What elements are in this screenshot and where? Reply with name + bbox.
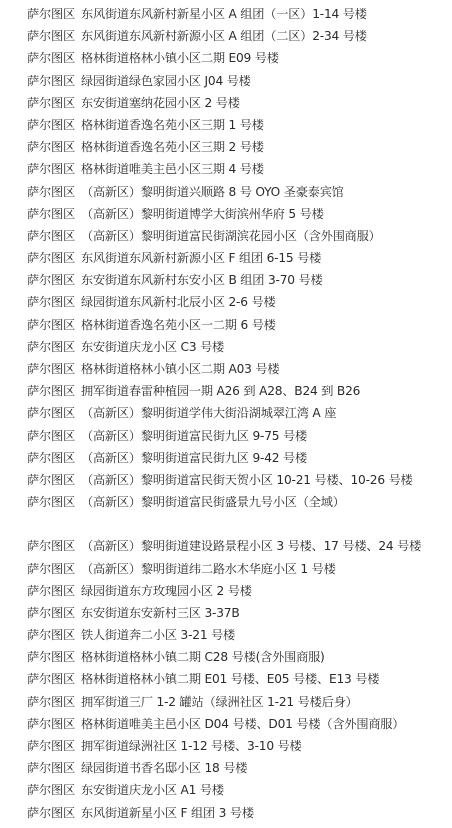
district-label: 萨尔图区 — [27, 251, 75, 265]
district-label: 萨尔图区 — [27, 7, 75, 21]
address-text: 东风街道东风新村新源小区 A 组团（二区）2-34 号楼 — [81, 29, 367, 43]
address-text: 东风街道东风新村新源小区 F 组团 6-15 号楼 — [81, 251, 321, 265]
district-label: 萨尔图区 — [27, 140, 75, 154]
list-item: 萨尔图区格林街道格林小镇二期 E01 号楼、E05 号楼、E13 号楼 — [27, 668, 452, 690]
address-text: 格林街道香逸名苑小区三期 1 号楼 — [81, 118, 264, 132]
address-text: 东风街道东风新村新星小区 A 组团（一区）1-14 号楼 — [81, 7, 367, 21]
list-item: 萨尔图区东风街道东风新村新星小区 A 组团（一区）1-14 号楼 — [27, 3, 452, 25]
district-label: 萨尔图区 — [27, 96, 75, 110]
address-text: 格林街道格林小镇二期 E01 号楼、E05 号楼、E13 号楼 — [81, 672, 379, 686]
address-text: 铁人街道奔二小区 3-21 号楼 — [81, 628, 235, 642]
address-text: 格林街道格林小镇二期 C28 号楼(含外围商服) — [81, 650, 325, 664]
list-item: 萨尔图区东安街道东风新村东安小区 B 组团 3-70 号楼 — [27, 269, 452, 291]
list-item: 萨尔图区绿园街道绿色家园小区 J04 号楼 — [27, 70, 452, 92]
district-label: 萨尔图区 — [27, 606, 75, 620]
address-text: 东安街道东安新村三区 3-37B — [81, 606, 240, 620]
list-item: 萨尔图区东安街道庆龙小区 A1 号楼 — [27, 779, 452, 801]
address-text: （高新区）黎明街道建设路景程小区 3 号楼、17 号楼、24 号楼 — [81, 539, 421, 553]
list-item: 萨尔图区绿园街道东方玫瑰园小区 2 号楼 — [27, 580, 452, 602]
list-item: 萨尔图区绿园街道东风新村北辰小区 2-6 号楼 — [27, 291, 452, 313]
district-label: 萨尔图区 — [27, 406, 75, 420]
list-item: 萨尔图区拥军街道绿洲社区 1-12 号楼、3-10 号楼 — [27, 735, 452, 757]
list-item: 萨尔图区格林街道香逸名苑小区一二期 6 号楼 — [27, 314, 452, 336]
district-label: 萨尔图区 — [27, 739, 75, 753]
list-item: 萨尔图区（高新区）黎明街道富民街湖滨花园小区（含外围商服） — [27, 225, 452, 247]
address-text: 东安街道庆龙小区 C3 号楼 — [81, 340, 224, 354]
address-text: 绿园街道书香名邸小区 18 号楼 — [81, 761, 247, 775]
district-label: 萨尔图区 — [27, 562, 75, 576]
address-text: 绿园街道东方玫瑰园小区 2 号楼 — [81, 584, 252, 598]
address-text: 东安街道东风新村东安小区 B 组团 3-70 号楼 — [81, 273, 323, 287]
district-label: 萨尔图区 — [27, 340, 75, 354]
district-label: 萨尔图区 — [27, 495, 75, 509]
list-item: 萨尔图区（高新区）黎明街道富民街盛景九号小区（全域） — [27, 491, 452, 513]
list-item: 萨尔图区绿园街道书香名邸小区 18 号楼 — [27, 757, 452, 779]
address-text: 拥军街道三厂 1-2 罐站（绿洲社区 1-21 号楼后身） — [81, 695, 358, 709]
list-item: 萨尔图区东风街道东风新村新源小区 F 组团 6-15 号楼 — [27, 247, 452, 269]
address-text: 绿园街道绿色家园小区 J04 号楼 — [81, 74, 251, 88]
list-item: 萨尔图区东安街道庆龙小区 C3 号楼 — [27, 336, 452, 358]
address-group-2: 萨尔图区（高新区）黎明街道建设路景程小区 3 号楼、17 号楼、24 号楼萨尔图… — [27, 535, 452, 823]
list-item: 萨尔图区（高新区）黎明街道富民街天贺小区 10-21 号楼、10-26 号楼 — [27, 469, 452, 491]
district-label: 萨尔图区 — [27, 695, 75, 709]
district-label: 萨尔图区 — [27, 51, 75, 65]
district-label: 萨尔图区 — [27, 229, 75, 243]
district-label: 萨尔图区 — [27, 717, 75, 731]
list-item: 萨尔图区格林街道唯美主邑小区三期 4 号楼 — [27, 158, 452, 180]
list-item: 萨尔图区格林街道香逸名苑小区三期 1 号楼 — [27, 114, 452, 136]
district-label: 萨尔图区 — [27, 273, 75, 287]
district-label: 萨尔图区 — [27, 584, 75, 598]
address-text: （高新区）黎明街道纬二路水木华庭小区 1 号楼 — [81, 562, 336, 576]
list-item: 萨尔图区东风街道新星小区 F 组团 3 号楼 — [27, 802, 452, 824]
list-item: 萨尔图区（高新区）黎明街道博学大街滨州华府 5 号楼 — [27, 203, 452, 225]
list-item: 萨尔图区（高新区）黎明街道富民街九区 9-42 号楼 — [27, 447, 452, 469]
list-item: 萨尔图区（高新区）黎明街道学伟大街沿湖城翠江湾 A 座 — [27, 402, 452, 424]
address-text: 拥军街道绿洲社区 1-12 号楼、3-10 号楼 — [81, 739, 302, 753]
address-text: 东安街道庆龙小区 A1 号楼 — [81, 783, 224, 797]
address-text: 格林街道格林小镇小区二期 E09 号楼 — [81, 51, 279, 65]
list-item: 萨尔图区铁人街道奔二小区 3-21 号楼 — [27, 624, 452, 646]
district-label: 萨尔图区 — [27, 384, 75, 398]
district-label: 萨尔图区 — [27, 806, 75, 820]
address-text: （高新区）黎明街道富民街盛景九号小区（全域） — [81, 495, 345, 509]
address-text: （高新区）黎明街道学伟大街沿湖城翠江湾 A 座 — [81, 406, 336, 420]
district-label: 萨尔图区 — [27, 650, 75, 664]
address-list: 萨尔图区东风街道东风新村新星小区 A 组团（一区）1-14 号楼萨尔图区东风街道… — [27, 3, 452, 824]
group-spacer — [27, 513, 452, 535]
address-text: 格林街道香逸名苑小区一二期 6 号楼 — [81, 318, 276, 332]
district-label: 萨尔图区 — [27, 185, 75, 199]
list-item: 萨尔图区（高新区）黎明街道建设路景程小区 3 号楼、17 号楼、24 号楼 — [27, 535, 452, 557]
district-label: 萨尔图区 — [27, 318, 75, 332]
list-item: 萨尔图区（高新区）黎明街道兴顺路 8 号 OYO 圣豪泰宾馆 — [27, 181, 452, 203]
list-item: 萨尔图区格林街道唯美主邑小区 D04 号楼、D01 号楼（含外围商服） — [27, 713, 452, 735]
address-text: 格林街道香逸名苑小区三期 2 号楼 — [81, 140, 264, 154]
address-text: 格林街道唯美主邑小区三期 4 号楼 — [81, 162, 264, 176]
list-item: 萨尔图区格林街道格林小镇小区二期 A03 号楼 — [27, 358, 452, 380]
district-label: 萨尔图区 — [27, 539, 75, 553]
district-label: 萨尔图区 — [27, 672, 75, 686]
district-label: 萨尔图区 — [27, 628, 75, 642]
list-item: 萨尔图区（高新区）黎明街道纬二路水木华庭小区 1 号楼 — [27, 558, 452, 580]
district-label: 萨尔图区 — [27, 207, 75, 221]
address-text: 东安街道塞纳花园小区 2 号楼 — [81, 96, 240, 110]
district-label: 萨尔图区 — [27, 761, 75, 775]
address-text: （高新区）黎明街道兴顺路 8 号 OYO 圣豪泰宾馆 — [81, 185, 344, 199]
list-item: 萨尔图区东安街道东安新村三区 3-37B — [27, 602, 452, 624]
address-text: （高新区）黎明街道富民街九区 9-75 号楼 — [81, 429, 307, 443]
district-label: 萨尔图区 — [27, 29, 75, 43]
address-text: 格林街道唯美主邑小区 D04 号楼、D01 号楼（含外围商服） — [81, 717, 404, 731]
address-group-1: 萨尔图区东风街道东风新村新星小区 A 组团（一区）1-14 号楼萨尔图区东风街道… — [27, 3, 452, 513]
address-text: 绿园街道东风新村北辰小区 2-6 号楼 — [81, 295, 275, 309]
district-label: 萨尔图区 — [27, 74, 75, 88]
district-label: 萨尔图区 — [27, 783, 75, 797]
district-label: 萨尔图区 — [27, 451, 75, 465]
district-label: 萨尔图区 — [27, 362, 75, 376]
address-text: （高新区）黎明街道富民街湖滨花园小区（含外围商服） — [81, 229, 381, 243]
list-item: 萨尔图区格林街道格林小镇小区二期 E09 号楼 — [27, 47, 452, 69]
list-item: 萨尔图区格林街道香逸名苑小区三期 2 号楼 — [27, 136, 452, 158]
address-text: 拥军街道春雷种植园一期 A26 到 A28、B24 到 B26 — [81, 384, 360, 398]
address-text: （高新区）黎明街道博学大街滨州华府 5 号楼 — [81, 207, 324, 221]
district-label: 萨尔图区 — [27, 429, 75, 443]
address-text: 东风街道新星小区 F 组团 3 号楼 — [81, 806, 254, 820]
address-text: 格林街道格林小镇小区二期 A03 号楼 — [81, 362, 279, 376]
district-label: 萨尔图区 — [27, 295, 75, 309]
list-item: 萨尔图区拥军街道三厂 1-2 罐站（绿洲社区 1-21 号楼后身） — [27, 691, 452, 713]
district-label: 萨尔图区 — [27, 162, 75, 176]
list-item: 萨尔图区拥军街道春雷种植园一期 A26 到 A28、B24 到 B26 — [27, 380, 452, 402]
list-item: 萨尔图区东安街道塞纳花园小区 2 号楼 — [27, 92, 452, 114]
list-item: 萨尔图区格林街道格林小镇二期 C28 号楼(含外围商服) — [27, 646, 452, 668]
district-label: 萨尔图区 — [27, 118, 75, 132]
address-text: （高新区）黎明街道富民街天贺小区 10-21 号楼、10-26 号楼 — [81, 473, 413, 487]
list-item: 萨尔图区（高新区）黎明街道富民街九区 9-75 号楼 — [27, 425, 452, 447]
list-item: 萨尔图区东风街道东风新村新源小区 A 组团（二区）2-34 号楼 — [27, 25, 452, 47]
address-text: （高新区）黎明街道富民街九区 9-42 号楼 — [81, 451, 307, 465]
district-label: 萨尔图区 — [27, 473, 75, 487]
